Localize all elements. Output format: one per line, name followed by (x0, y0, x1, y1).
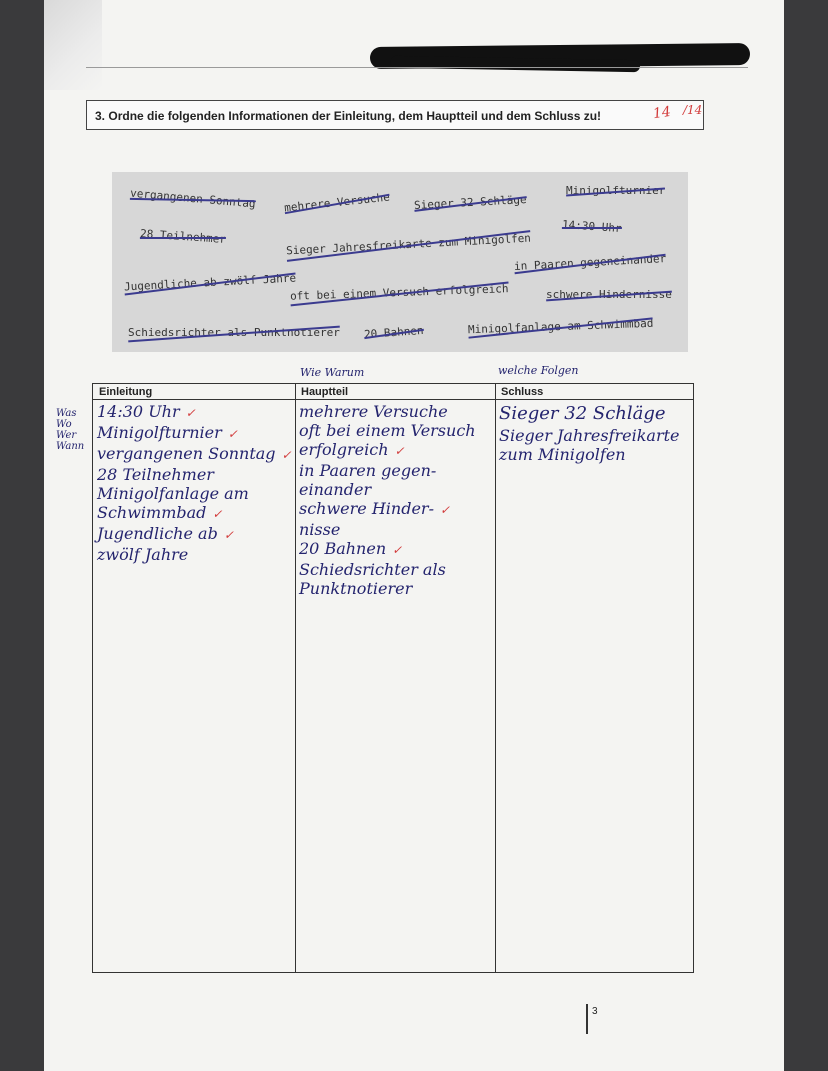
entry: erfolgreich✓ (299, 440, 491, 461)
word-bank-item: vergangenen Sonntag (130, 187, 256, 211)
check-mark-icon: ✓ (212, 507, 222, 521)
check-mark-icon: ✓ (186, 406, 196, 420)
word-bank-item: Schiedsrichter als Punktnotierer (128, 326, 340, 339)
hauptteil-annotation: Wie Warum (300, 366, 364, 379)
schluss-annotation: welche Folgen (498, 364, 579, 377)
column-header: Schluss (495, 384, 693, 400)
word-bank-item: Minigolfturnier (566, 184, 665, 197)
page-number: 3 (592, 1006, 598, 1017)
task-instruction-box: 3. Ordne die folgenden Informationen der… (86, 100, 704, 130)
word-bank-item: 28 Teilnehmer (140, 227, 227, 246)
word-bank-item: in Paaren gegeneinander (514, 252, 667, 273)
entry: 28 Teilnehmer (97, 465, 291, 484)
column-entries: mehrere Versuche oft bei einem Versuch e… (295, 400, 495, 600)
answer-table: Einleitung 14:30 Uhr✓ Minigolfturnier✓ v… (92, 383, 694, 973)
entry: einander (299, 480, 491, 499)
word-bank-item: Sieger 32 Schläge (414, 193, 527, 212)
word-bank-item: schwere Hindernisse (546, 288, 672, 301)
header-rule (86, 67, 748, 68)
check-mark-icon: ✓ (392, 543, 402, 557)
entry: Sieger 32 Schläge (499, 402, 689, 426)
margin-notes: Was Wo Wer Wann (56, 408, 84, 452)
margin-note: Was (56, 408, 84, 419)
score-total: /14 (683, 103, 702, 117)
word-bank-item: Sieger Jahresfreikarte zum Minigolfen (286, 232, 531, 258)
entry: mehrere Versuche (299, 402, 491, 421)
entry: zum Minigolfen (499, 445, 689, 464)
task-text: Ordne die folgenden Informationen der Ei… (108, 109, 601, 123)
entry: Jugendliche ab✓ (97, 524, 291, 545)
entry: 14:30 Uhr✓ (97, 402, 291, 423)
entry: nisse (299, 520, 491, 539)
teacher-score: 14 (652, 104, 672, 122)
task-number: 3. (95, 109, 105, 123)
entry: Schiedsrichter als (299, 560, 491, 579)
entry: Schwimmbad✓ (97, 503, 291, 524)
word-bank-item: oft bei einem Versuch erfolgreich (290, 282, 509, 303)
entry: vergangenen Sonntag✓ (97, 444, 291, 465)
entry: oft bei einem Versuch (299, 421, 491, 440)
entry: schwere Hinder-✓ (299, 499, 491, 520)
column-entries: 14:30 Uhr✓ Minigolfturnier✓ vergangenen … (93, 400, 295, 566)
check-mark-icon: ✓ (395, 444, 405, 458)
margin-note: Wo (56, 419, 84, 430)
entry: 20 Bahnen✓ (299, 539, 491, 560)
word-bank-item: 14:30 Uhr (562, 218, 622, 235)
check-mark-icon: ✓ (228, 427, 238, 441)
column-einleitung: Einleitung 14:30 Uhr✓ Minigolfturnier✓ v… (93, 384, 296, 972)
word-bank-item: Minigolfanlage am Schwimmbad (468, 317, 654, 336)
word-bank-item: 20 Bahnen (364, 324, 424, 341)
column-header: Einleitung (93, 384, 295, 400)
check-mark-icon: ✓ (224, 528, 234, 542)
page-number-marker (586, 1004, 588, 1034)
word-bank-item: Jugendliche ab zwölf Jahre (124, 272, 297, 294)
entry: Sieger Jahresfreikarte (499, 426, 689, 445)
column-entries: Sieger 32 Schläge Sieger Jahresfreikarte… (495, 400, 693, 466)
entry: Minigolfanlage am (97, 484, 291, 503)
word-bank: vergangenen Sonntag mehrere Versuche Sie… (112, 172, 688, 352)
entry: in Paaren gegen- (299, 461, 491, 480)
entry: Minigolfturnier✓ (97, 423, 291, 444)
column-header: Hauptteil (295, 384, 495, 400)
check-mark-icon: ✓ (440, 503, 450, 517)
task-instruction: 3. Ordne die folgenden Informationen der… (95, 109, 601, 123)
column-hauptteil: Hauptteil mehrere Versuche oft bei einem… (295, 384, 496, 972)
check-mark-icon: ✓ (282, 448, 292, 462)
margin-note: Wann (56, 441, 84, 452)
page-fold-shadow (44, 0, 102, 90)
entry: zwölf Jahre (97, 545, 291, 564)
word-bank-item: mehrere Versuche (284, 190, 391, 214)
column-schluss: Schluss Sieger 32 Schläge Sieger Jahresf… (495, 384, 693, 972)
entry: Punktnotierer (299, 579, 491, 598)
margin-note: Wer (56, 430, 84, 441)
